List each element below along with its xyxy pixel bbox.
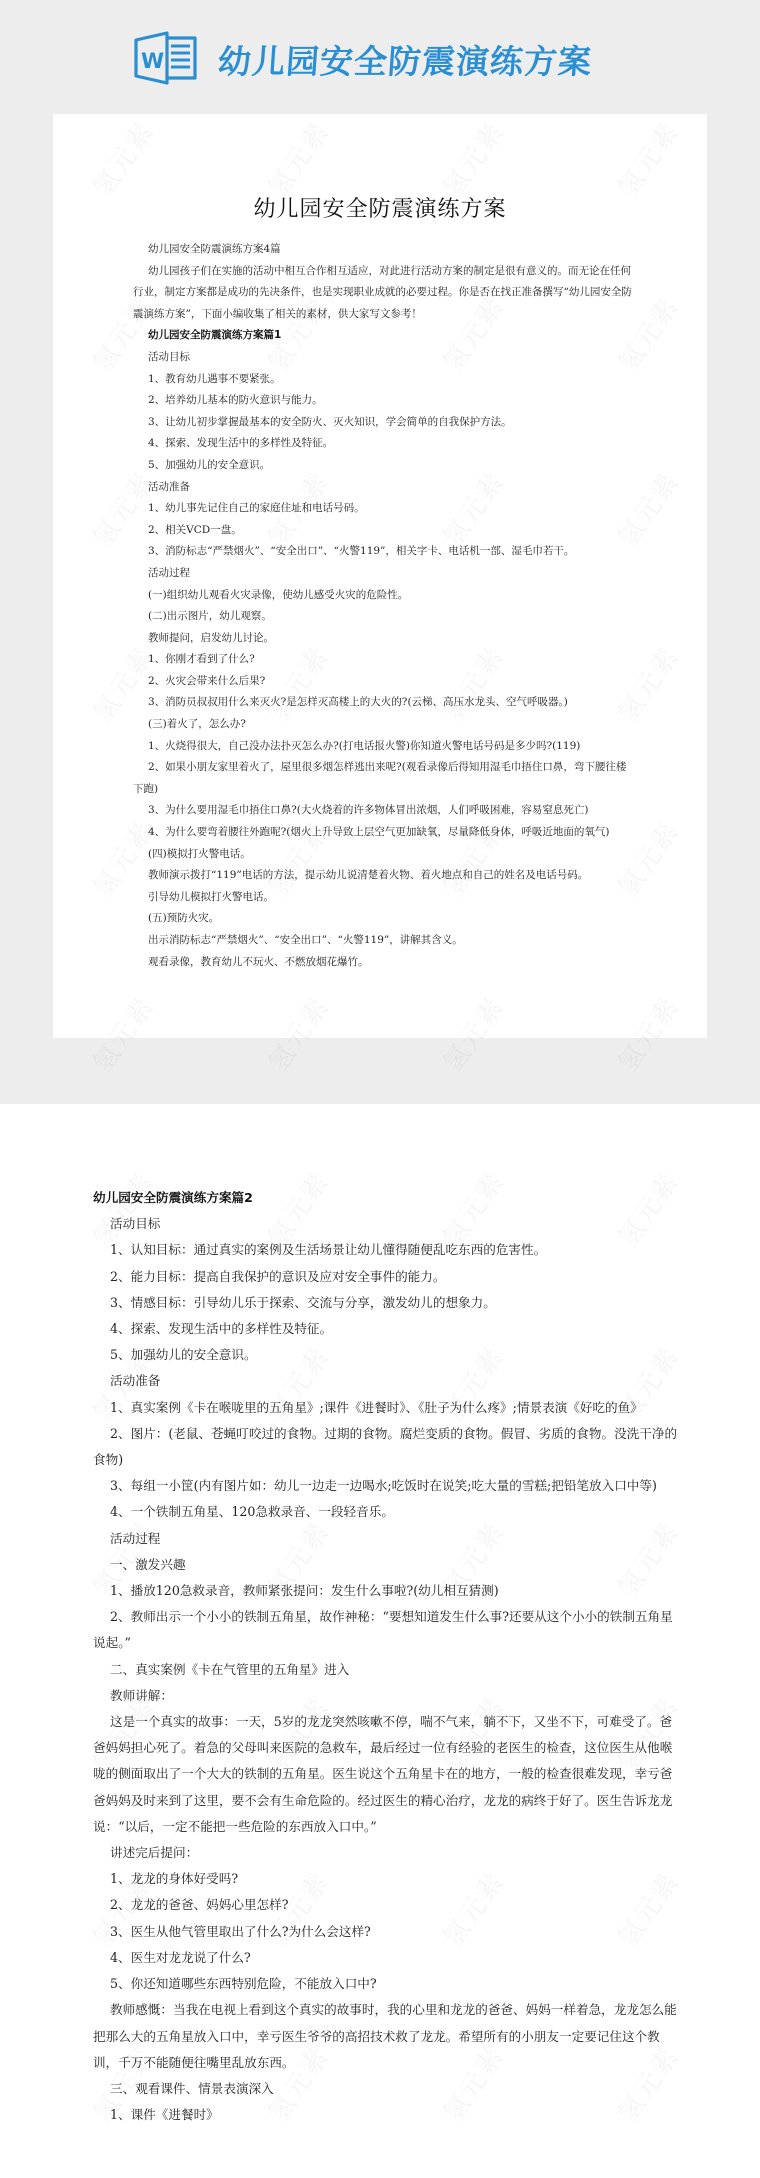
paragraph: 幼儿园安全防震演练方案篇2 [93, 1185, 683, 1211]
paragraph: (四)模拟打火警电话。 [133, 844, 633, 866]
paragraph: 5、加强幼儿的安全意识。 [93, 1342, 683, 1368]
paragraph: 5、你还知道哪些东西特别危险，不能放入口中? [93, 1971, 683, 1997]
paragraph: 2、如果小朋友家里着火了，屋里很多烟怎样逃出来呢?(观看录像后得知用湿毛巾捂住口… [133, 757, 633, 800]
word-document-icon: W [133, 30, 199, 86]
paragraph: 2、火灾会带来什么后果? [133, 671, 633, 693]
paragraph: 3、为什么要用湿毛巾捂住口鼻?(大火烧着的许多物体冒出浓烟，人们呼吸困难，容易窒… [133, 800, 633, 822]
paragraph: 教师感慨：当我在电视上看到这个真实的故事时，我的心里和龙龙的爸爸、妈妈一样着急，… [93, 1997, 683, 2076]
banner-title: 幼儿园安全防震演练方案 [217, 42, 594, 82]
paragraph: 一、激发兴趣 [93, 1552, 683, 1578]
page-2-body: 幼儿园安全防震演练方案篇2活动目标1、认知目标：通过真实的案例及生活场景让幼儿懂… [93, 1185, 683, 2128]
paragraph: 活动目标 [93, 1211, 683, 1237]
paragraph: 讲述完后提问： [93, 1840, 683, 1866]
paragraph: 这是一个真实的故事：一天，5岁的龙龙突然咳嗽不停，喘不气来，躺不下，又坐不下，可… [93, 1709, 683, 1840]
paragraph: 2、教师出示一个小小的铁制五角星，故作神秘：“要想知道发生什么事?还要从这个小小… [93, 1604, 683, 1656]
paragraph: 3、消防员叔叔用什么来灭火?是怎样灭高楼上的大火的?(云梯、高压水龙头、空气呼吸… [133, 692, 633, 714]
paragraph: 1、幼儿事先记住自己的家庭住址和电话号码。 [133, 498, 633, 520]
paragraph: 1、真实案例《卡在喉咙里的五角星》;课件《进餐时》、《肚子为什么疼》;情景表演《… [93, 1395, 683, 1421]
paragraph: 2、图片：(老鼠、苍蝇叮咬过的食物。过期的食物。腐烂变质的食物。假冒、劣质的食物… [93, 1421, 683, 1473]
paragraph: 三、观看课件、情景表演深入 [93, 2076, 683, 2102]
paragraph: 观看录像，教育幼儿不玩火、不燃放烟花爆竹。 [133, 952, 633, 974]
paragraph: 1、课件《进餐时》 [93, 2102, 683, 2128]
paragraph: 活动准备 [93, 1368, 683, 1394]
paragraph: 活动过程 [93, 1526, 683, 1552]
paragraph: 教师演示拨打“119”电话的方法，提示幼儿说清楚着火物、着火地点和自己的姓名及电… [133, 865, 633, 887]
paragraph: 教师提问，启发幼儿讨论。 [133, 628, 633, 650]
paragraph: 4、探索、发现生活中的多样性及特征。 [93, 1316, 683, 1342]
paragraph: (五)预防火灾。 [133, 908, 633, 930]
document-page-2: 幼儿园安全防震演练方案篇2活动目标1、认知目标：通过真实的案例及生活场景让幼儿懂… [0, 1104, 760, 2178]
paragraph: 3、医生从他气管里取出了什么?为什么会这样? [93, 1919, 683, 1945]
paragraph: 1、火烧得很大，自己没办法扑灭怎么办?(打电话报火警)你知道火警电话号码是多少吗… [133, 736, 633, 758]
svg-text:W: W [141, 49, 164, 73]
paragraph: 3、让幼儿初步掌握最基本的安全防火、灭火知识，学会简单的自我保护方法。 [133, 412, 633, 434]
page-1-body: 幼儿园安全防震演练方案4篇幼儿园孩子们在实施的活动中相互合作相互适应，对此进行活… [133, 239, 633, 973]
paragraph: 出示消防标志“严禁烟火”、“安全出口”、“火警119”，讲解其含义。 [133, 930, 633, 952]
paragraph: 4、一个铁制五角星、120急救录音、一段轻音乐。 [93, 1499, 683, 1525]
paragraph: 活动过程 [133, 563, 633, 585]
paragraph: 4、医生对龙龙说了什么? [93, 1945, 683, 1971]
paragraph: 2、相关VCD一盘。 [133, 520, 633, 542]
paragraph: 4、为什么要弯着腰往外跑呢?(烟火上升导致上层空气更加缺氧，尽量降低身体，呼吸近… [133, 822, 653, 844]
paragraph: 1、教育幼儿遇事不要紧张。 [133, 369, 633, 391]
paragraph: 1、播放120急救录音，教师紧张提问：发生什么事啦?(幼儿相互猜测) [93, 1578, 683, 1604]
paragraph: (一)组织幼儿观看火灾录像，使幼儿感受火灾的危险性。 [133, 585, 633, 607]
paragraph: (二)出示图片，幼儿观察。 [133, 606, 633, 628]
paragraph: 5、加强幼儿的安全意识。 [133, 455, 633, 477]
paragraph: 引导幼儿模拟打火警电话。 [133, 887, 633, 909]
paragraph: 1、龙龙的身体好受吗? [93, 1866, 683, 1892]
paragraph: 2、龙龙的爸爸、妈妈心里怎样? [93, 1892, 683, 1918]
header-banner: W 幼儿园安全防震演练方案 [0, 0, 760, 110]
paragraph: (三)着火了，怎么办? [133, 714, 633, 736]
paragraph: 幼儿园安全防震演练方案篇1 [133, 325, 633, 347]
paragraph: 幼儿园安全防震演练方案4篇 [133, 239, 633, 261]
paragraph: 1、你刚才看到了什么? [133, 649, 633, 671]
paragraph: 3、情感目标：引导幼儿乐于探索、交流与分享，激发幼儿的想象力。 [93, 1290, 683, 1316]
paragraph: 活动准备 [133, 477, 633, 499]
paragraph: 活动目标 [133, 347, 633, 369]
paragraph: 3、每组一小筐(内有图片如：幼儿一边走一边喝水;吃饭时在说笑;吃大量的雪糕;把铅… [93, 1473, 683, 1499]
document-title: 幼儿园安全防震演练方案 [53, 192, 707, 223]
paragraph: 2、能力目标：提高自我保护的意识及应对安全事件的能力。 [93, 1264, 683, 1290]
paragraph: 4、探索、发现生活中的多样性及特征。 [133, 433, 633, 455]
paragraph: 教师讲解： [93, 1683, 683, 1709]
paragraph: 2、培养幼儿基本的防火意识与能力。 [133, 390, 633, 412]
paragraph: 二、真实案例《卡在气管里的五角星》进入 [93, 1657, 683, 1683]
paragraph: 1、认知目标：通过真实的案例及生活场景让幼儿懂得随便乱吃东西的危害性。 [93, 1237, 683, 1263]
document-page-1: 幼儿园安全防震演练方案 幼儿园安全防震演练方案4篇幼儿园孩子们在实施的活动中相互… [53, 114, 707, 1038]
paragraph: 幼儿园孩子们在实施的活动中相互合作相互适应，对此进行活动方案的制定是很有意义的。… [133, 261, 633, 326]
paragraph: 3、消防标志“严禁烟火”、“安全出口”、“火警119”，相关字卡、电话机一部、湿… [133, 541, 633, 563]
